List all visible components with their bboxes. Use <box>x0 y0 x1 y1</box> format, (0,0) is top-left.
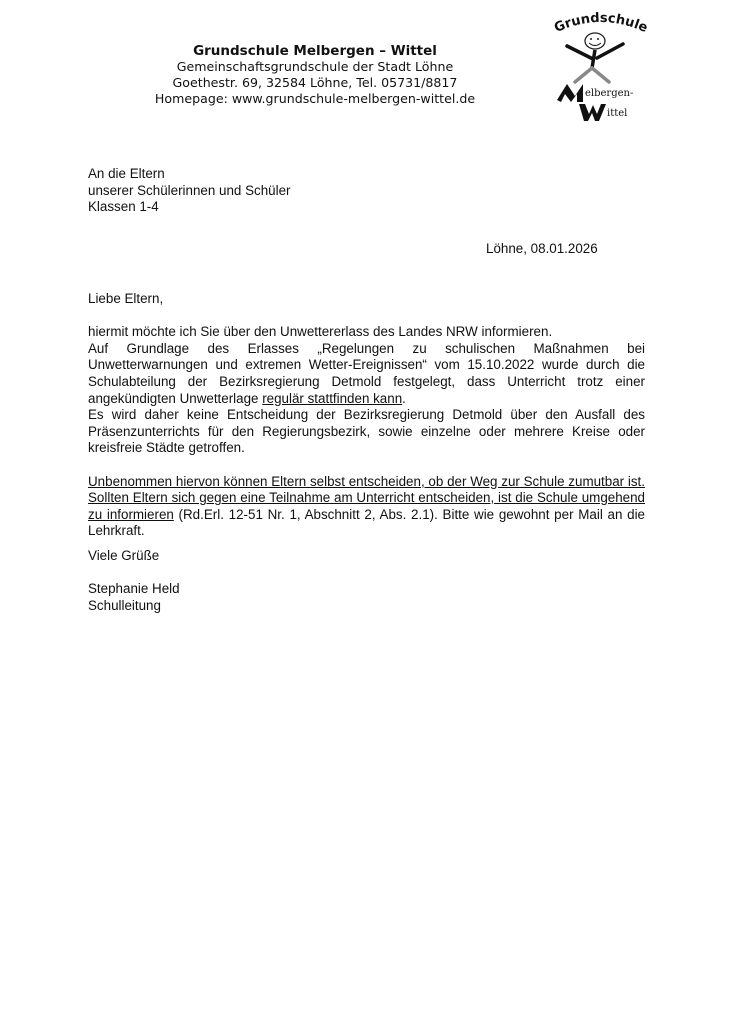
logo-top-text: Grundschule <box>552 11 650 36</box>
letter-body: Liebe Eltern, hiermit möchte ich Sie übe… <box>88 291 645 540</box>
signature-block: Stephanie Held Schulleitung <box>88 581 180 614</box>
logo-w-text: ittel <box>607 108 627 119</box>
school-logo: Grundschule elbergen- ittel <box>545 4 655 124</box>
school-address: Goethestr. 69, 32584 Löhne, Tel. 05731/8… <box>140 75 490 91</box>
recipient-block: An die Eltern unserer Schülerinnen und S… <box>88 166 290 216</box>
signature-name: Stephanie Held <box>88 581 180 598</box>
salutation: Liebe Eltern, <box>88 291 645 308</box>
stick-figure-icon <box>567 33 623 82</box>
signature-role: Schulleitung <box>88 598 180 615</box>
letter-date: Löhne, 08.01.2026 <box>486 241 598 256</box>
intro-sentence: hiermit möchte ich Sie über den Unwetter… <box>88 324 645 341</box>
letterhead: Grundschule Melbergen – Wittel Gemeinsch… <box>140 43 490 107</box>
paragraph-regulation: Auf Grundlage des Erlasses „Regelungen z… <box>88 341 645 407</box>
svg-text:Grundschule: Grundschule <box>552 11 650 36</box>
closing: Viele Grüße <box>88 548 159 565</box>
recipient-line: An die Eltern <box>88 166 290 183</box>
logo-m-text: elbergen- <box>585 88 633 99</box>
recipient-line: unserer Schülerinnen und Schüler <box>88 183 290 200</box>
school-subtitle: Gemeinschaftsgrundschule der Stadt Löhne <box>140 59 490 75</box>
paragraph-parents: Unbenommen hiervon können Eltern selbst … <box>88 474 645 540</box>
school-name: Grundschule Melbergen – Wittel <box>140 43 490 59</box>
recipient-line: Klassen 1-4 <box>88 199 290 216</box>
underlined-regular: regulär stattfinden kann <box>262 391 402 406</box>
paragraph-decision: Es wird daher keine Entscheidung der Bez… <box>88 407 645 457</box>
school-homepage: Homepage: www.grundschule-melbergen-witt… <box>140 91 490 107</box>
